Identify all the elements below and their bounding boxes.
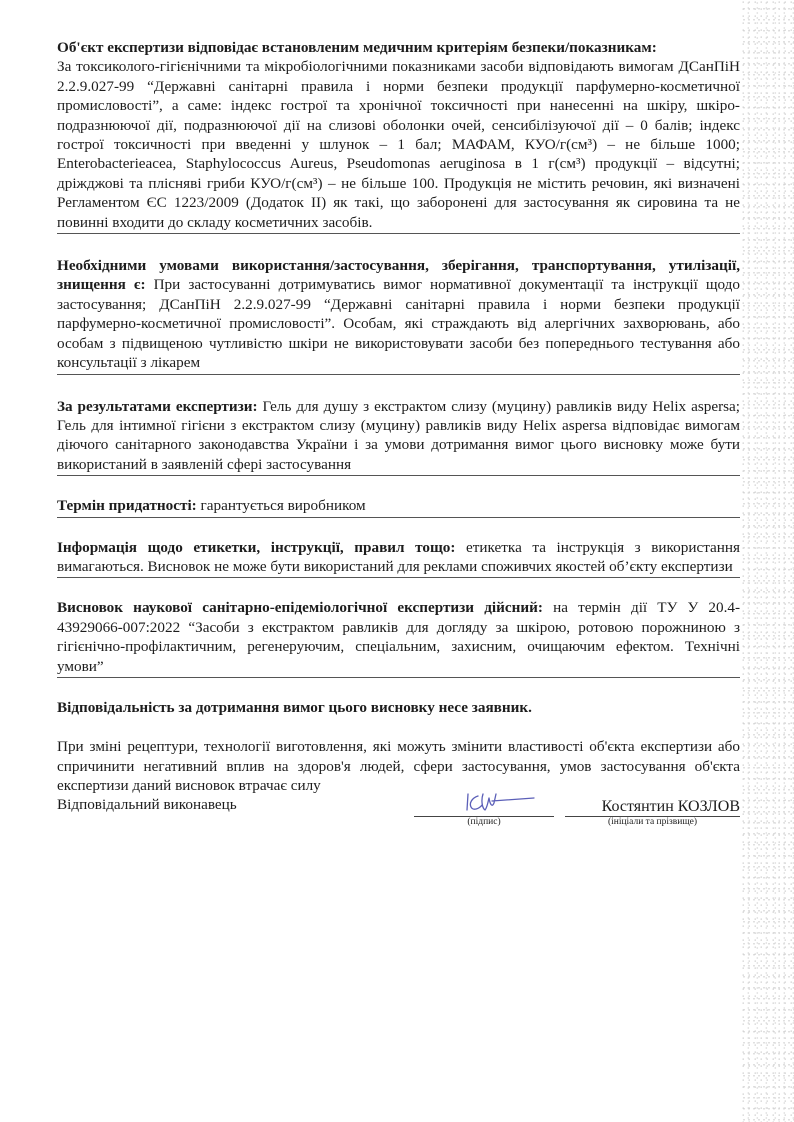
change-clause: При зміні рецептури, технології виготовл…: [57, 737, 740, 795]
section-expertise-results: За результатами експертизи: Гель для душ…: [57, 397, 740, 477]
section-heading: Інформація щодо етикетки, інструкції, пр…: [57, 539, 455, 556]
scan-noise-band: [742, 0, 794, 1122]
section-shelf-life: Термін придатності: гарантується виробни…: [57, 496, 740, 517]
section-usage-conditions: Необхідними умовами використання/застосу…: [57, 256, 740, 374]
handwritten-signature-icon: [462, 790, 542, 816]
document-page: Об'єкт експертизи відповідає встановлени…: [57, 38, 740, 796]
section-label-info: Інформація щодо етикетки, інструкції, пр…: [57, 538, 740, 579]
section-body: За токсиколого-гігієнічними та мікробіол…: [57, 58, 740, 230]
section-body: При застосуванні дотримуватись вимог нор…: [57, 276, 740, 371]
section-heading: Термін придатності:: [57, 497, 197, 514]
section-heading: За результатами експертизи:: [57, 398, 258, 415]
section-heading: Висновок наукової санітарно-епідеміологі…: [57, 599, 543, 616]
name-caption: (ініціали та прізвище): [565, 817, 740, 827]
responsibility-statement: Відповідальність за дотримання вимог цьо…: [57, 698, 740, 717]
section-heading: Об'єкт експертизи відповідає встановлени…: [57, 38, 740, 57]
signature-caption: (підпис): [414, 817, 554, 827]
signature-row: Відповідальний виконавець (підпис) Костя…: [57, 792, 740, 832]
executor-name: Костянтин КОЗЛОВ: [602, 798, 740, 816]
section-safety-criteria: Об'єкт експертизи відповідає встановлени…: [57, 38, 740, 234]
responsible-executor-label: Відповідальний виконавець: [57, 796, 237, 814]
section-body: гарантується виробником: [201, 497, 366, 514]
section-validity: Висновок наукової санітарно-епідеміологі…: [57, 598, 740, 678]
